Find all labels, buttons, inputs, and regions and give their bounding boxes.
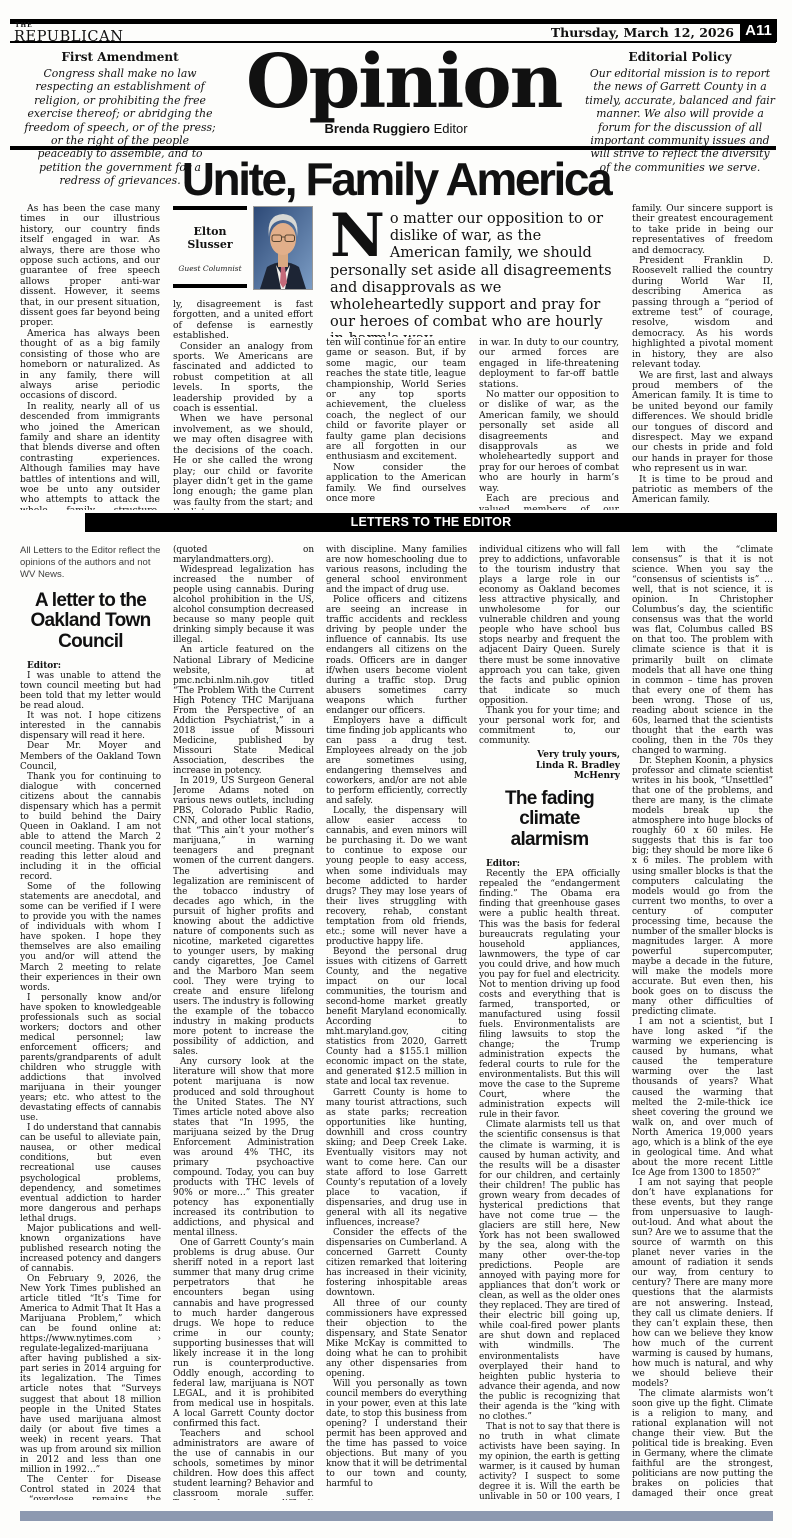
editorial-policy-title: Editorial Policy: [584, 50, 776, 64]
paragraph: An article featured on the National Libr…: [173, 645, 314, 776]
section-title: Opinion: [246, 44, 546, 120]
letters-column-3: with discipline. Many families are now h…: [326, 545, 467, 1500]
article-column-4: in war. In duty to our country, our arme…: [479, 338, 619, 510]
paragraph: Garrett County is home to many tourist a…: [326, 1088, 467, 1229]
letters-column-4: individual citizens who will fall prey t…: [479, 545, 620, 1500]
author-name: Elton Slusser: [173, 225, 247, 251]
paragraph: No matter our opposition to or dislike o…: [479, 390, 619, 494]
paragraph: Each are precious and valued members of …: [479, 494, 619, 510]
paragraph: Climate alarmists tell us that the scien…: [479, 1120, 620, 1421]
paragraph: In reality, nearly all of us descended f…: [20, 402, 160, 510]
article-column-3: ten will continue for an entire game or …: [326, 338, 466, 510]
editor-name: Brenda Ruggiero: [324, 121, 429, 136]
page-number-badge: A11: [740, 19, 777, 42]
letter1-headline: A letter to the Oakland Town Council: [20, 591, 161, 653]
letters-section-banner: LETTERS TO THE EDITOR: [85, 513, 777, 532]
section-banner: Opinion Brenda Ruggiero Editor: [246, 44, 546, 136]
paragraph: The Center for Disease Control stated in…: [20, 1475, 161, 1500]
paragraph: Widespread legalization has increased th…: [173, 565, 314, 645]
paragraph: lem with the “climate consensus” is that…: [632, 545, 773, 756]
paragraph: Consider the effects of the dispensaries…: [326, 1228, 467, 1298]
paragraph: President Franklin D. Roosevelt rallied …: [632, 256, 773, 370]
article-headline: Unite, Family America: [0, 156, 792, 202]
paragraph: It was not. I hope citizens interested i…: [20, 711, 161, 741]
paragraph: Thank you for your time; and your person…: [479, 706, 620, 746]
paragraph: America has always been thought of as a …: [20, 329, 160, 402]
pull-quote: No matter our opposition to or dislike o…: [330, 211, 612, 337]
paragraph: It is time to be proud and patriotic as …: [632, 475, 773, 506]
letters-column-1: All Letters to the Editor reflect the op…: [20, 545, 161, 1500]
paragraph: Recently the EPA officially repealed the…: [479, 869, 620, 1120]
paragraph: Some of the following statements are ane…: [20, 882, 161, 993]
signature-line: McHenry: [479, 771, 620, 782]
paragraph: ten will continue for an entire game or …: [326, 338, 466, 463]
paragraph: Police officers and citizens are seeing …: [326, 595, 467, 716]
paragraph: Any cursory look at the literature will …: [173, 1057, 314, 1238]
article-column-1: As has been the case many times in our i…: [20, 204, 160, 510]
letter1-signature: Very truly yours, Linda R. Bradley McHen…: [479, 750, 620, 782]
letter2-headline: The fading climate alarmism: [479, 789, 620, 851]
drop-cap: N: [330, 211, 390, 259]
paragraph: I was unable to attend the town council …: [20, 671, 161, 711]
paragraph: On February 9, 2026, the New York Times …: [20, 1274, 161, 1475]
header-bottom-rule: [10, 146, 776, 150]
signature-line: Linda R. Bradley: [479, 761, 620, 772]
paragraph: I personally know and/or have spoken to …: [20, 993, 161, 1124]
top-rule: [10, 19, 776, 24]
article-byline-block: Elton Slusser Guest Columnist: [173, 206, 313, 292]
paragraph: individual citizens who will fall prey t…: [479, 545, 620, 706]
paragraph: Dr. Stephen Koonin, a physics professor …: [632, 756, 773, 1017]
editor-label: Editor:: [479, 859, 620, 869]
paragraph: Major publications and well-known organi…: [20, 1224, 161, 1274]
paragraph: I do understand that cannabis can be use…: [20, 1123, 161, 1223]
letter1-col4-body: individual citizens who will fall prey t…: [479, 545, 620, 746]
paragraph: In 2019, US Surgeon General Jerome Adams…: [173, 776, 314, 1057]
paragraph: I am not saying that people don’t have e…: [632, 1178, 773, 1389]
letters-column-5: lem with the “climate consensus” is that…: [632, 545, 773, 1500]
bottom-bar: [20, 1511, 773, 1521]
signature-line: Very truly yours,: [479, 750, 620, 761]
letter2-col5-body: lem with the “climate consensus” is that…: [632, 545, 773, 1500]
editor-role: Editor: [434, 121, 468, 136]
paragraph: Thank you for continuing to dialogue wit…: [20, 772, 161, 883]
paragraph: ly, disagreement is fast forgotten, and …: [173, 300, 313, 342]
paragraph: All three of our county commissioners ha…: [326, 1299, 467, 1379]
author-portrait-graphic: [254, 207, 312, 289]
article-column-5: family. Our sincere support is their gre…: [632, 204, 773, 510]
byline-box: Elton Slusser Guest Columnist: [173, 206, 247, 288]
author-role: Guest Columnist: [173, 264, 247, 273]
paragraph: Teachers and school administrators are a…: [173, 1429, 314, 1500]
paragraph: I am not a scientist, but I have long as…: [632, 1017, 773, 1178]
first-amendment-title: First Amendment: [24, 50, 216, 64]
editor-label: Editor:: [20, 661, 161, 671]
paragraph: Consider an analogy from sports. We Amer…: [173, 342, 313, 415]
article-column-2: ly, disagreement is fast forgotten, and …: [173, 300, 313, 510]
paragraph: The climate alarmists won’t soon give up…: [632, 1389, 773, 1500]
paragraph: in war. In duty to our country, our arme…: [479, 338, 619, 390]
paragraph: Employers have a difficult time finding …: [326, 716, 467, 806]
paragraph: Dear Mr. Moyer and Members of the Oaklan…: [20, 741, 161, 771]
letters-column-2: (quoted on marylandmatters.org).Widespre…: [173, 545, 314, 1500]
paragraph: That is not to say that there is no trut…: [479, 1422, 620, 1500]
paragraph: with discipline. Many families are now h…: [326, 545, 467, 595]
letter1-col1-body: I was unable to attend the town council …: [20, 671, 161, 1500]
paragraph: As has been the case many times in our i…: [20, 204, 160, 329]
newspaper-page: THE REPUBLICAN Thursday, March 12, 2026 …: [0, 0, 792, 1538]
paragraph: When we have personal involvement, as we…: [173, 414, 313, 510]
issue-date: Thursday, March 12, 2026: [551, 25, 734, 40]
paragraph: One of Garrett County’s main problems is…: [173, 1238, 314, 1429]
paragraph: family. Our sincere support is their gre…: [632, 204, 773, 256]
paragraph: Locally, the dispensary will allow easie…: [326, 806, 467, 947]
author-photo: [253, 206, 313, 290]
letter2-col4-body: Recently the EPA officially repealed the…: [479, 869, 620, 1500]
paragraph: Now consider the application to the Amer…: [326, 463, 466, 505]
paragraph: Will you personally as town council memb…: [326, 1379, 467, 1490]
paragraph: We are first, last and always proud memb…: [632, 371, 773, 475]
paragraph: Beyond the personal drug issues with cit…: [326, 947, 467, 1088]
paragraph: (quoted on marylandmatters.org).: [173, 545, 314, 565]
letters-disclaimer: All Letters to the Editor reflect the op…: [20, 545, 161, 582]
